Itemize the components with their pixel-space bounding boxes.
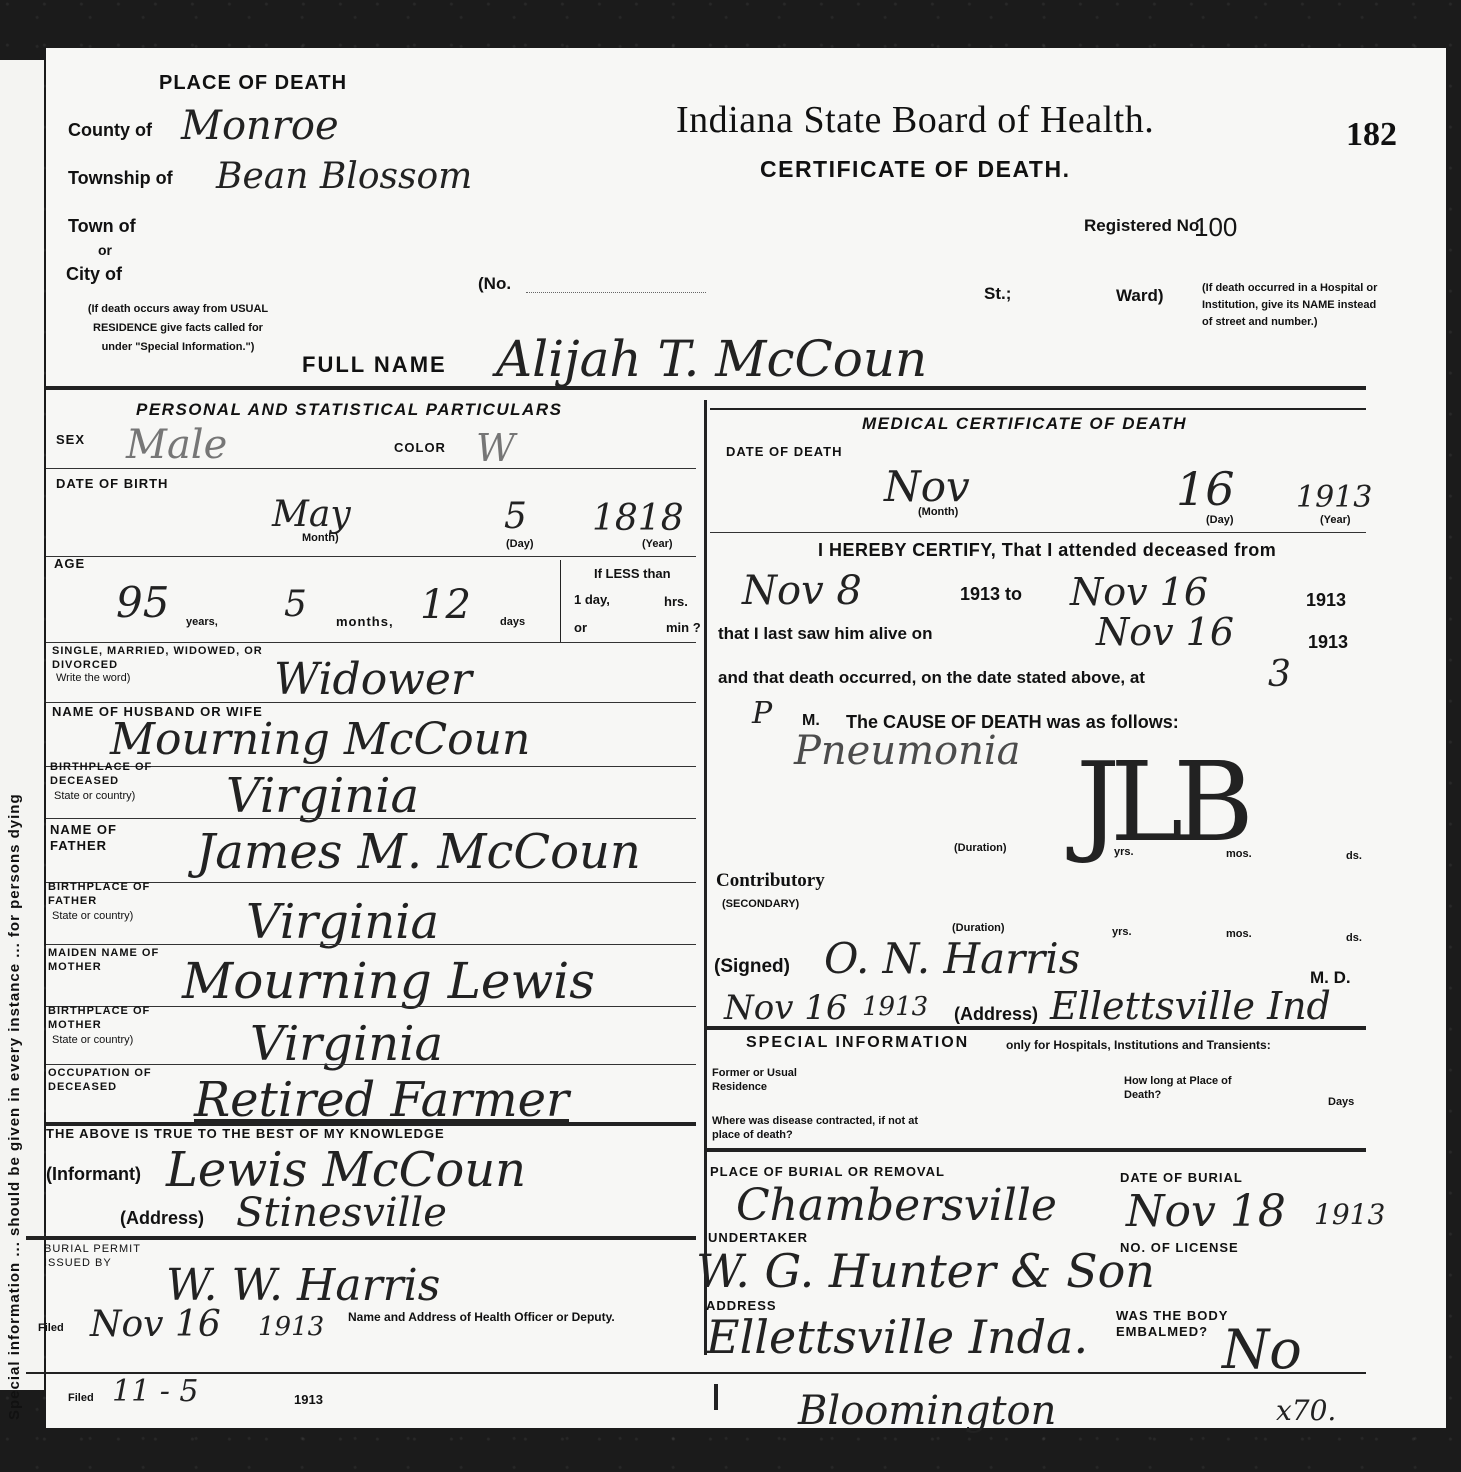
ds-label: ds. <box>1346 850 1362 862</box>
burial-permit-label: BURIAL PERMIT ISSUED BY <box>44 1242 184 1270</box>
former-residence-label: Former or Usual Residence <box>712 1066 822 1094</box>
mother-birthplace-hint: State or country) <box>52 1034 133 1046</box>
less-than-label: If LESS than <box>594 566 671 581</box>
away-note: (If death occurs away from USUAL RESIDEN… <box>78 300 278 357</box>
footer-mark <box>714 1384 718 1410</box>
row-divider <box>710 532 1366 533</box>
months-label: months, <box>336 614 394 629</box>
certificate-title: CERTIFICATE OF DEATH. <box>760 156 1070 183</box>
age-days: 12 <box>420 582 471 628</box>
father-label: NAME OF FATHER <box>50 822 140 854</box>
full-name-value: Alijah T. McCoun <box>496 330 927 388</box>
section-divider <box>26 1236 696 1240</box>
cause-value: Pneumonia <box>794 728 1021 774</box>
death-month: Nov <box>884 462 970 511</box>
burial-address-value: Ellettsville Inda. <box>706 1310 1088 1364</box>
informant-address-value: Stinesville <box>236 1190 447 1236</box>
death-certificate: PLACE OF DEATH County of Monroe Township… <box>46 48 1446 1428</box>
mos-label-2: mos. <box>1226 928 1252 940</box>
occurred-text: and that death occurred, on the date sta… <box>718 668 1145 688</box>
full-name-label: FULL NAME <box>302 352 447 378</box>
township-label: Township of <box>68 168 173 189</box>
ward-label: Ward) <box>1116 286 1164 306</box>
street-no-line <box>526 292 706 293</box>
footer-city-stamp: Bloomington <box>798 1388 1056 1434</box>
age-divider <box>560 560 561 642</box>
attended-to-year: 1913 <box>1306 590 1346 611</box>
undertaker-label: UNDERTAKER <box>708 1230 808 1245</box>
dob-day: 5 <box>504 496 527 537</box>
marital-hint: Write the word) <box>56 672 130 684</box>
burial-date-label: DATE OF BURIAL <box>1120 1170 1243 1185</box>
where-contracted-label: Where was disease contracted, if not at … <box>712 1114 932 1142</box>
informant-address-label: (Address) <box>120 1208 204 1229</box>
board-title: Indiana State Board of Health. <box>676 98 1154 142</box>
attended-to: Nov 16 <box>1070 570 1208 614</box>
father-birthplace-value: Virginia <box>246 894 439 950</box>
row-divider <box>46 468 696 469</box>
time-value: 3 <box>1268 654 1291 695</box>
dob-year-label: (Year) <box>642 538 673 550</box>
section-divider <box>706 1148 1366 1152</box>
birthplace-hint: State or country) <box>54 790 135 802</box>
age-months: 5 <box>284 584 307 625</box>
ds-label-2: ds. <box>1346 932 1362 944</box>
dob-day-label: (Day) <box>506 538 534 550</box>
special-heading: SPECIAL INFORMATION <box>746 1034 969 1052</box>
color-value: W <box>476 426 515 470</box>
sex-label: SEX <box>56 432 85 447</box>
center-divider <box>704 400 707 1355</box>
signed-year: 1913 <box>862 992 928 1022</box>
medical-top-rule <box>710 408 1366 410</box>
license-label: NO. OF LICENSE <box>1120 1240 1239 1255</box>
place-of-death-heading: PLACE OF DEATH <box>159 72 347 95</box>
last-saw-date: Nov 16 <box>1096 610 1234 654</box>
secondary-label: (SECONDARY) <box>722 898 799 910</box>
dob-label: DATE OF BIRTH <box>56 476 168 491</box>
physician-address-label: (Address) <box>954 1004 1038 1025</box>
county-label: County of <box>68 120 152 141</box>
section-divider <box>706 1026 1366 1030</box>
father-birthplace-label: BIRTHPLACE OF FATHER <box>48 880 178 908</box>
death-month-label: (Month) <box>918 506 958 518</box>
father-birthplace-hint: State or country) <box>52 910 133 922</box>
medical-heading: MEDICAL CERTIFICATE OF DEATH <box>862 414 1187 434</box>
burial-year-value: 1913 <box>1314 1198 1385 1231</box>
duration-label-2: (Duration) <box>952 922 1005 934</box>
occupation-label: OCCUPATION OF DECEASED <box>48 1066 178 1094</box>
hospital-note: (If death occurred in a Hospital or Inst… <box>1202 280 1382 331</box>
special-heading-note: only for Hospitals, Institutions and Tra… <box>1006 1038 1271 1052</box>
mos-label: mos. <box>1226 848 1252 860</box>
age-years: 95 <box>116 578 169 627</box>
last-saw-text: that I last saw him alive on <box>718 624 932 644</box>
certify-text: I HEREBY CERTIFY, That I attended deceas… <box>818 540 1276 561</box>
row-divider <box>46 702 696 703</box>
side-margin-text: Special information ... should be given … <box>6 793 23 1420</box>
header-divider <box>46 386 1366 390</box>
row-divider <box>46 1064 696 1065</box>
personal-heading: PERSONAL AND STATISTICAL PARTICULARS <box>136 400 562 420</box>
side-margin-strip: Special information ... should be given … <box>0 60 44 1390</box>
death-year-label: (Year) <box>1320 514 1351 526</box>
town-label: Town of <box>68 216 136 237</box>
footer-filed-label: Filed <box>68 1392 94 1404</box>
last-saw-year: 1913 <box>1308 632 1348 653</box>
row-divider <box>46 556 696 557</box>
signed-label: (Signed) <box>714 956 790 978</box>
knowledge-label: THE ABOVE IS TRUE TO THE BEST OF MY KNOW… <box>46 1126 445 1141</box>
spouse-value: Mourning McCoun <box>110 714 530 765</box>
bottom-divider <box>26 1372 1366 1374</box>
street-label: St.; <box>984 284 1011 304</box>
years-label: years, <box>186 616 218 628</box>
mother-birthplace-label: BIRTHPLACE OF MOTHER <box>48 1004 178 1032</box>
health-officer-label: Name and Address of Health Officer or De… <box>348 1310 615 1324</box>
signed-date: Nov 16 <box>724 988 848 1028</box>
duration-label: (Duration) <box>954 842 1007 854</box>
or-min-label: or <box>574 620 587 635</box>
yrs-label: yrs. <box>1114 846 1134 858</box>
death-day: 16 <box>1176 462 1235 516</box>
meridiem-value: P <box>752 696 772 731</box>
filed-year: 1913 <box>258 1312 324 1342</box>
dob-month-label: Month) <box>302 532 339 544</box>
birthplace-value: Virginia <box>226 768 419 824</box>
footer-filed-year: 1913 <box>294 1392 323 1407</box>
or-label: or <box>98 242 112 258</box>
min-label: min ? <box>666 620 701 635</box>
birthplace-label: BIRTHPLACE OF DECEASED <box>50 760 180 788</box>
informant-label: (Informant) <box>46 1164 141 1185</box>
township-value: Bean Blossom <box>216 156 472 197</box>
burial-date-value: Nov 18 <box>1126 1186 1286 1237</box>
dob-year: 1818 <box>592 498 684 539</box>
filed-label: Filed <box>38 1322 64 1334</box>
mother-value: Mourning Lewis <box>182 952 595 1010</box>
page-number: 182 <box>1346 116 1397 154</box>
date-of-death-label: DATE OF DEATH <box>726 444 843 459</box>
undertaker-value: W. G. Hunter & Son <box>696 1244 1155 1298</box>
physician-signature: O. N. Harris <box>824 934 1080 983</box>
city-label: City of <box>66 264 122 285</box>
footer-tail-number: x70. <box>1276 1394 1336 1427</box>
marital-label: SINGLE, MARRIED, WIDOWED, OR DIVORCED <box>52 644 282 672</box>
county-value: Monroe <box>181 103 339 149</box>
registrar-initials: JLB <box>1076 738 1244 866</box>
registered-no: 100 <box>1194 212 1237 243</box>
row-divider <box>46 818 696 819</box>
row-divider <box>46 944 696 945</box>
sex-value: Male <box>126 422 227 468</box>
filed-date: Nov 16 <box>90 1304 221 1345</box>
death-day-label: (Day) <box>1206 514 1234 526</box>
death-year: 1913 <box>1296 480 1372 515</box>
how-long-label: How long at Place of Death? <box>1124 1074 1244 1102</box>
days-label: Days <box>1328 1096 1354 1108</box>
burial-place-value: Chambersville <box>736 1180 1057 1231</box>
contributory-label: Contributory <box>716 870 825 892</box>
yrs-label-2: yrs. <box>1112 926 1132 938</box>
hrs-label: hrs. <box>664 594 688 609</box>
burial-place-label: PLACE OF BURIAL OR REMOVAL <box>710 1164 945 1179</box>
street-no-label: (No. <box>478 274 511 294</box>
father-value: James M. McCoun <box>196 824 641 880</box>
one-day-label: 1 day, <box>574 592 610 607</box>
dob-month: May <box>272 494 351 535</box>
footer-filed-date: 11 - 5 <box>112 1374 198 1409</box>
mother-label: MAIDEN NAME OF MOTHER <box>48 946 178 974</box>
registered-label: Registered No. <box>1084 216 1204 236</box>
row-divider <box>46 642 696 643</box>
attended-from-year: 1913 to <box>960 584 1022 605</box>
days-label: days <box>500 616 525 628</box>
color-label: COLOR <box>394 440 446 455</box>
attended-from: Nov 8 <box>742 568 862 614</box>
physician-address: Ellettsville Ind <box>1050 984 1331 1028</box>
age-label: AGE <box>54 556 85 571</box>
marital-value: Widower <box>274 654 472 705</box>
occupation-value: Retired Farmer <box>194 1072 569 1128</box>
